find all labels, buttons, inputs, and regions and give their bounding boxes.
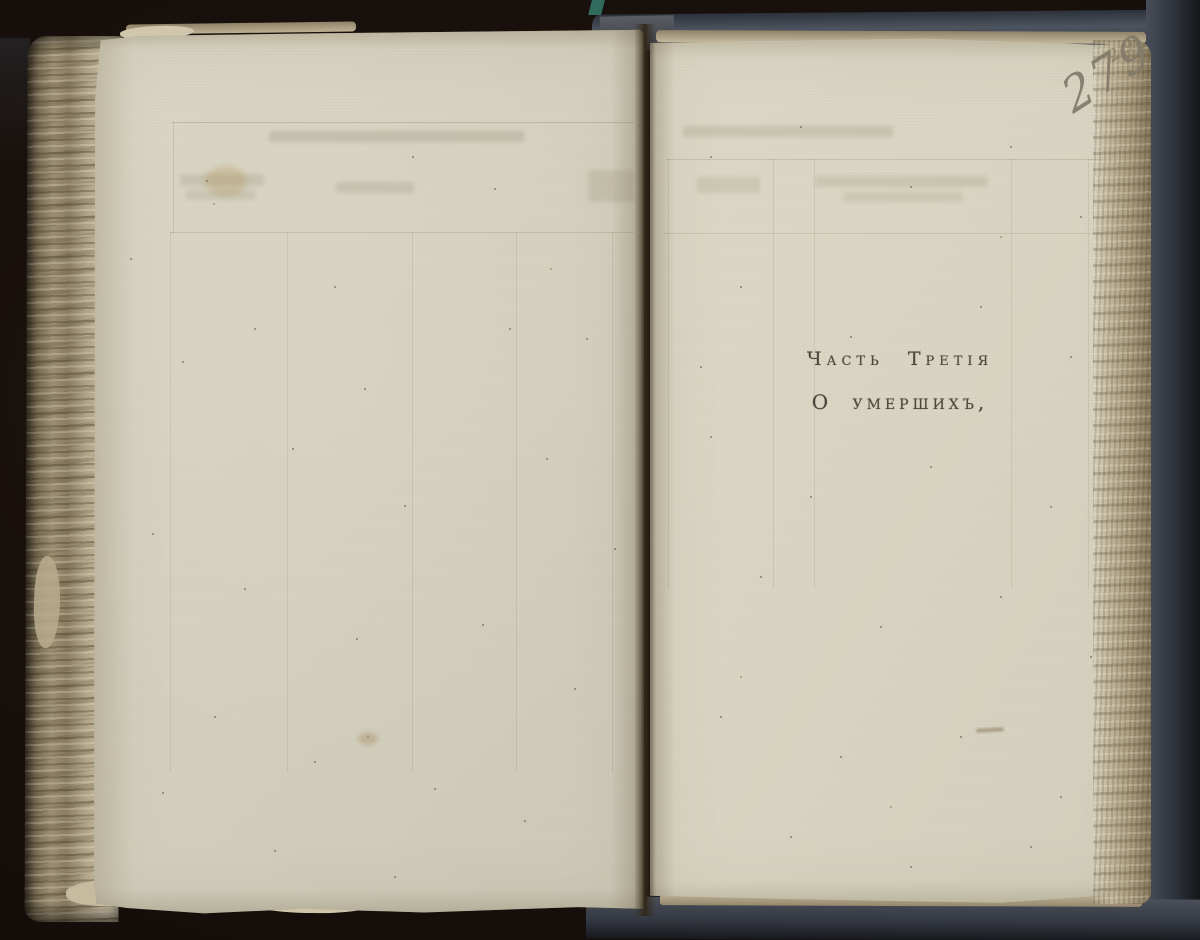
book-cover-left-hint [0,38,30,168]
foxing-specks [94,28,96,30]
bleed-through-line [170,232,634,233]
background-sliver [588,0,605,15]
page-heading: Часть Третія О умершихъ, [720,348,1080,413]
book-scan-photo: Часть Третія О умершихъ, 279 2.9 [0,0,1200,940]
part-subtitle: О умершихъ, [720,391,1080,413]
bleed-through-line [666,159,1106,160]
bleed-through-text-smudge [588,170,634,202]
bleed-through-column-line [170,232,171,772]
bleed-through-text-smudge [815,176,988,187]
bleed-through-column-line [612,232,613,772]
left-page [94,28,644,916]
bleed-through-text-smudge [843,192,963,202]
bleed-through-line [664,233,1108,234]
bleed-through-line [172,122,634,123]
bleed-through-column-line [287,232,288,772]
bleed-through-text-smudge [336,182,414,193]
stain [358,732,378,745]
pencil-smudge [976,727,1004,732]
bleed-through-line [173,122,174,234]
part-title: Часть Третія [720,348,1080,370]
bleed-through-column-line [412,232,413,772]
book-gutter [634,24,656,916]
stain [205,166,247,196]
bleed-through-column-line [1088,159,1089,589]
book-cover-right-edge [1146,0,1200,940]
bleed-through-column-line [516,232,517,772]
bleed-through-text-smudge [269,131,524,142]
bleed-through-text-smudge [697,177,760,193]
foxing-specks [94,28,96,30]
bleed-through-text-smudge [683,126,893,137]
right-deckle-edge [1093,40,1151,904]
bleed-through-column-line [668,159,669,589]
